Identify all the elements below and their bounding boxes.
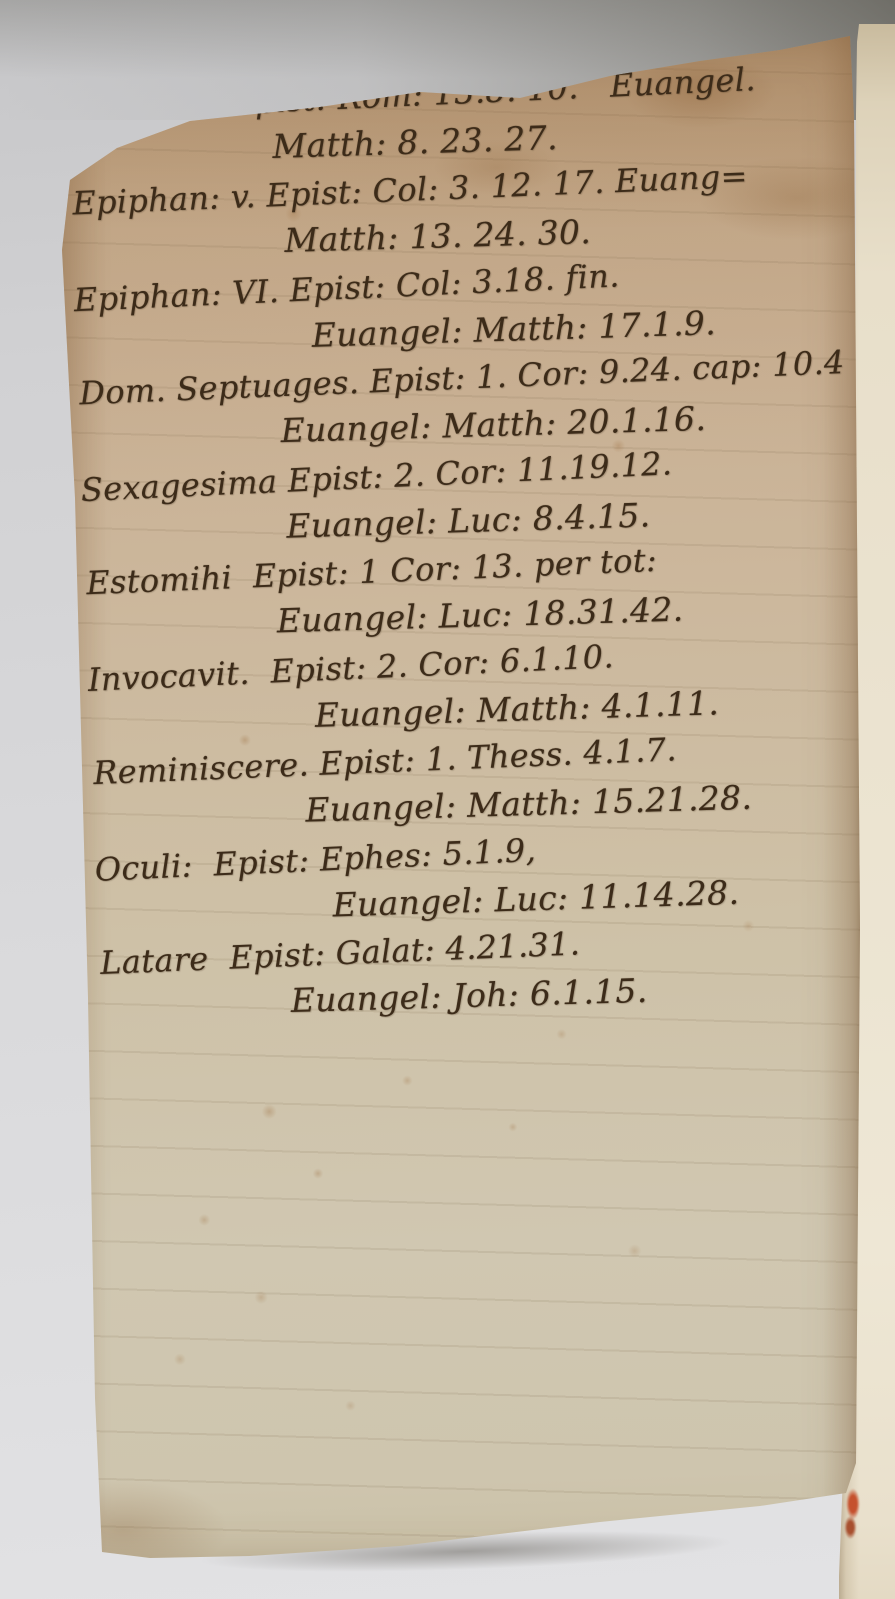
photo: Epiph: iv. Epist: Rom: 13.8. 10. Euangel… [0,0,895,1599]
manuscript-page: Epiph: iv. Epist: Rom: 13.8. 10. Euangel… [50,28,862,1576]
red-ink-mark [842,1486,862,1542]
manuscript-text: Epiph: iv. Epist: Rom: 13.8. 10. Euangel… [66,56,875,1034]
